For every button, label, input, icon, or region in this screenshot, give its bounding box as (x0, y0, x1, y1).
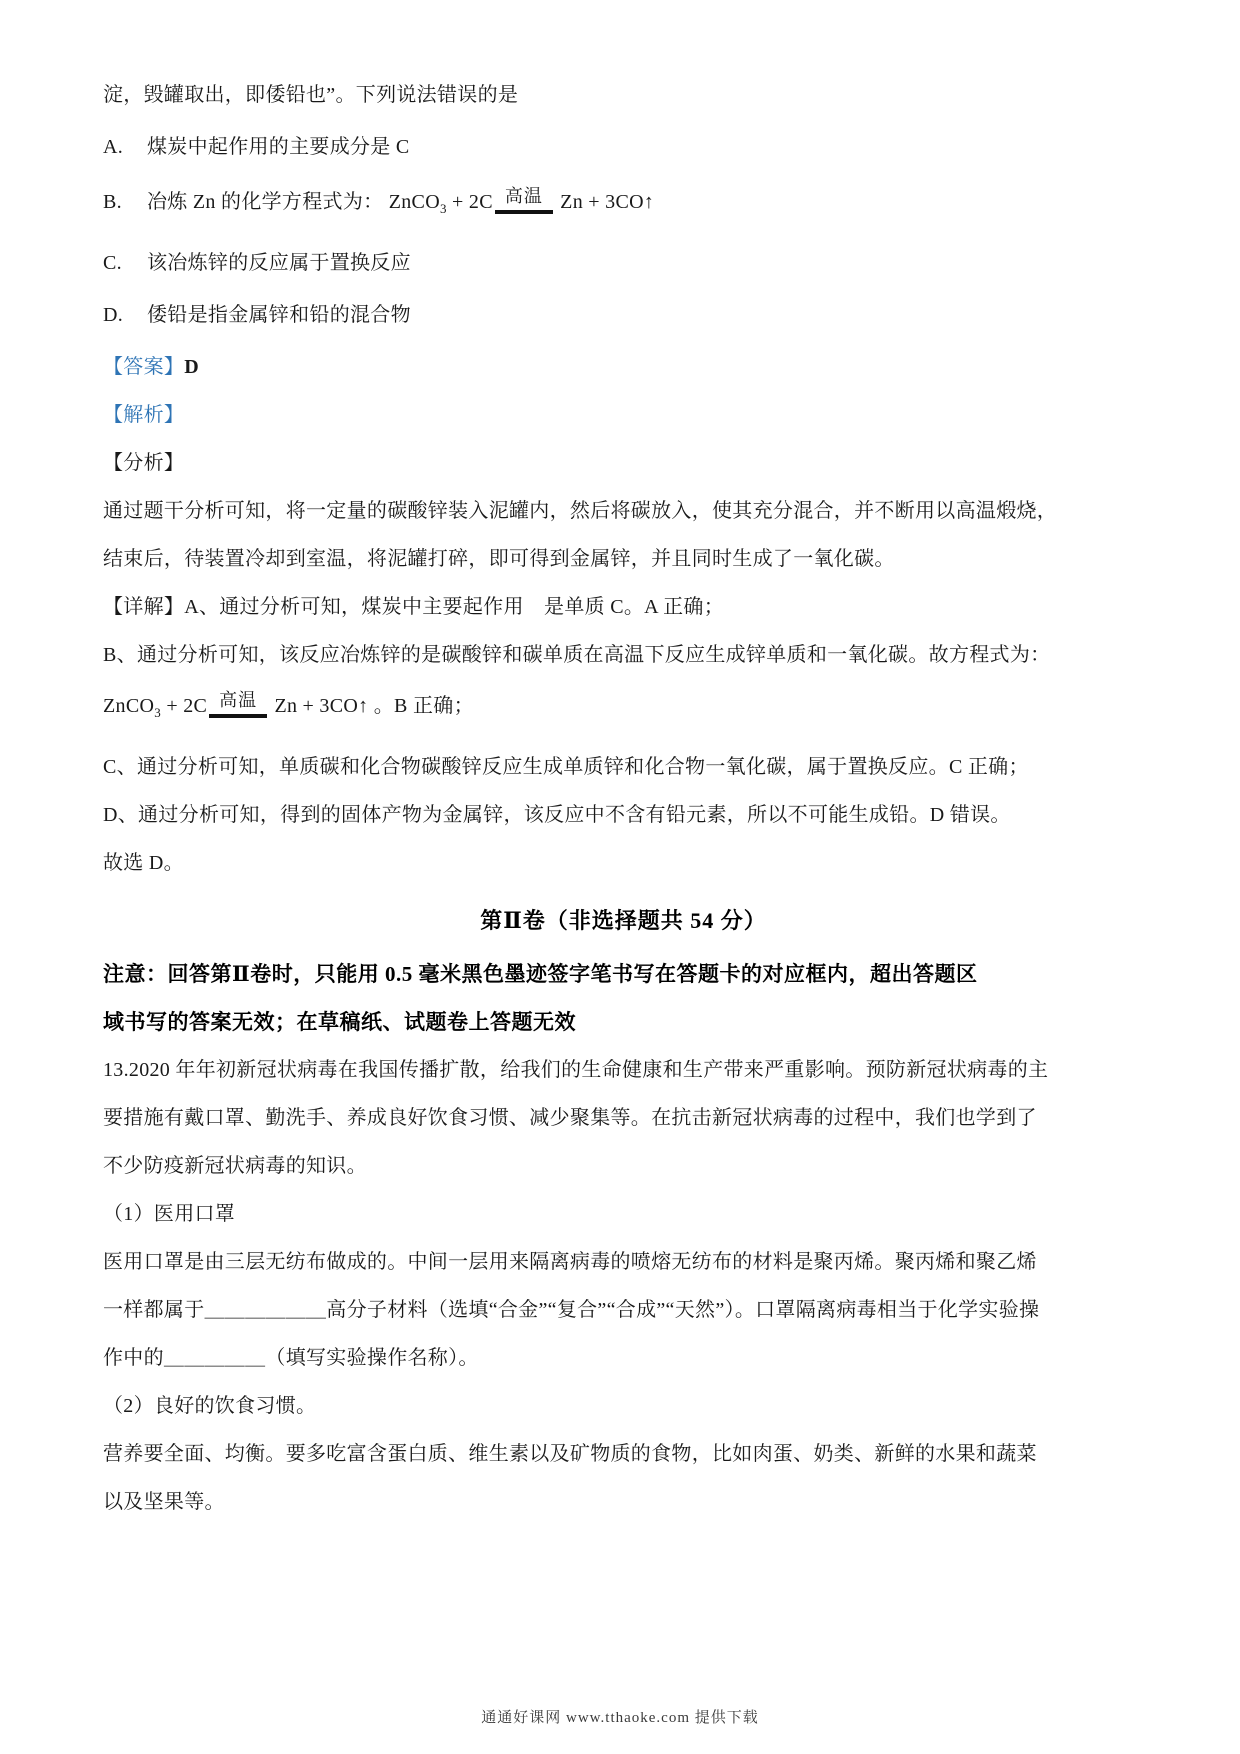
detail-line-b: B、通过分析可知，该反应冶炼锌的是碳酸锌和碳单质在高温下反应生成锌单质和一氧化碳… (103, 640, 1144, 670)
mask-line: 医用口罩是由三层无纺布做成的。中间一层用来隔离病毒的喷熔无纺布的材料是聚丙烯。聚… (103, 1247, 1144, 1277)
option-a-text: 煤炭中起作用的主要成分是 C (147, 136, 410, 158)
q13-line: 要措施有戴口罩、勤洗手、养成良好饮食习惯、减少聚集等。在抗击新冠状病毒的过程中，… (103, 1103, 1144, 1133)
notice-line: 注意：回答第Ⅱ卷时，只能用 0.5 毫米黑色墨迹签字笔书写在答题卡的对应框内，超… (103, 959, 1144, 989)
q13-line: 不少防疫新冠状病毒的知识。 (103, 1151, 1144, 1181)
option-c-text: 该冶炼锌的反应属于置换反应 (147, 252, 411, 274)
jiexi-row: 【解析】 (103, 400, 1144, 430)
fenxi-row: 【分析】 (103, 448, 1144, 478)
double-rule (209, 714, 267, 718)
condition-label: 高温 (505, 184, 543, 208)
mask-line-with-blank: 一样都属于＿＿＿＿＿＿高分子材料（选填“合金”“复合”“合成”“天然”）。口罩隔… (103, 1295, 1144, 1325)
condition-label: 高温 (219, 688, 257, 712)
option-b-label: B. (103, 187, 147, 217)
equation-product: Zn + 3CO (269, 695, 358, 717)
equation-reactant: ZnCO (389, 191, 440, 213)
q13-line: 13.2020 年年初新冠状病毒在我国传播扩散，给我们的生命健康和生产带来严重影… (103, 1055, 1144, 1085)
fenxi-label: 【分析】 (103, 452, 184, 474)
section-title: 第Ⅱ卷（非选择题共 54 分） (103, 904, 1144, 935)
option-b-text: 冶炼 Zn 的化学方程式为： (147, 191, 383, 213)
analysis-line: 结束后，待装置冷却到室温，将泥罐打碎，即可得到金属锌，并且同时生成了一氧化碳。 (103, 544, 1144, 574)
answer-value: D (184, 356, 199, 378)
equation-reactant-rest: + 2C (447, 191, 493, 213)
option-d: D.倭铅是指金属锌和铅的混合物 (103, 300, 1144, 330)
chemical-equation-option-b: ZnCO3 + 2C高温 Zn + 3CO↑ (389, 191, 654, 213)
jiexi-label: 【解析】 (103, 404, 184, 426)
question-stem: 淀，毁罐取出，即倭铅也”。下列说法错误的是 (103, 80, 1144, 110)
diet-line: 营养要全面、均衡。要多吃富含蛋白质、维生素以及矿物质的食物，比如肉蛋、奶类、新鲜… (103, 1439, 1144, 1469)
equation-reactant-rest: + 2C (161, 695, 207, 717)
option-a-label: A. (103, 132, 147, 162)
mask-line-with-blank: 作中的＿＿＿＿＿（填写实验操作名称）。 (103, 1343, 1144, 1373)
diet-line: 以及坚果等。 (103, 1487, 1144, 1517)
reaction-condition-stack: 高温 (495, 184, 553, 214)
equation-product: Zn + 3CO (555, 191, 644, 213)
gas-arrow: ↑ (358, 695, 368, 717)
detail-line-a: 【详解】A、通过分析可知，煤炭中主要起作用 是单质 C。A 正确； (103, 592, 1144, 622)
conclusion: 故选 D。 (103, 848, 1144, 878)
page-content: 淀，毁罐取出，即倭铅也”。下列说法错误的是 A.煤炭中起作用的主要成分是 C B… (0, 0, 1240, 1517)
chemical-equation-detail: ZnCO3 + 2C高温 Zn + 3CO↑ (103, 695, 374, 717)
detail-line-c: C、通过分析可知，单质碳和化合物碳酸锌反应生成单质锌和化合物一氧化碳，属于置换反… (103, 752, 1144, 782)
double-rule (495, 210, 553, 214)
equation-subscript: 3 (154, 705, 161, 720)
answer-row: 【答案】D (103, 352, 1144, 382)
option-a: A.煤炭中起作用的主要成分是 C (103, 132, 1144, 162)
equation-subscript: 3 (440, 201, 447, 216)
analysis-line: 通过题干分析可知，将一定量的碳酸锌装入泥罐内，然后将碳放入，使其充分混合，并不断… (103, 496, 1144, 526)
equation-line: ZnCO3 + 2C高温 Zn + 3CO↑ 。B 正确； (103, 688, 1144, 728)
option-c: C.该冶炼锌的反应属于置换反应 (103, 248, 1144, 278)
sub-question-1: （1）医用口罩 (103, 1199, 1144, 1229)
option-c-label: C. (103, 248, 147, 278)
sub-question-2: （2）良好的饮食习惯。 (103, 1391, 1144, 1421)
answer-label: 【答案】 (103, 356, 184, 378)
option-b: B.冶炼 Zn 的化学方程式为： ZnCO3 + 2C高温 Zn + 3CO↑ (103, 184, 1144, 224)
page-footer: 通通好课网 www.tthaoke.com 提供下载 (0, 1706, 1240, 1727)
notice-line: 域书写的答案无效；在草稿纸、试题卷上答题无效 (103, 1007, 1144, 1037)
equation-verdict: 。B 正确； (374, 695, 474, 717)
equation-reactant: ZnCO (103, 695, 154, 717)
detail-line-d: D、通过分析可知，得到的固体产物为金属锌，该反应中不含有铅元素，所以不可能生成铅… (103, 800, 1144, 830)
option-d-text: 倭铅是指金属锌和铅的混合物 (147, 304, 411, 326)
reaction-condition-stack: 高温 (209, 688, 267, 718)
exam-page: 淀，毁罐取出，即倭铅也”。下列说法错误的是 A.煤炭中起作用的主要成分是 C B… (0, 0, 1240, 1754)
option-d-label: D. (103, 300, 147, 330)
gas-arrow: ↑ (644, 191, 654, 213)
